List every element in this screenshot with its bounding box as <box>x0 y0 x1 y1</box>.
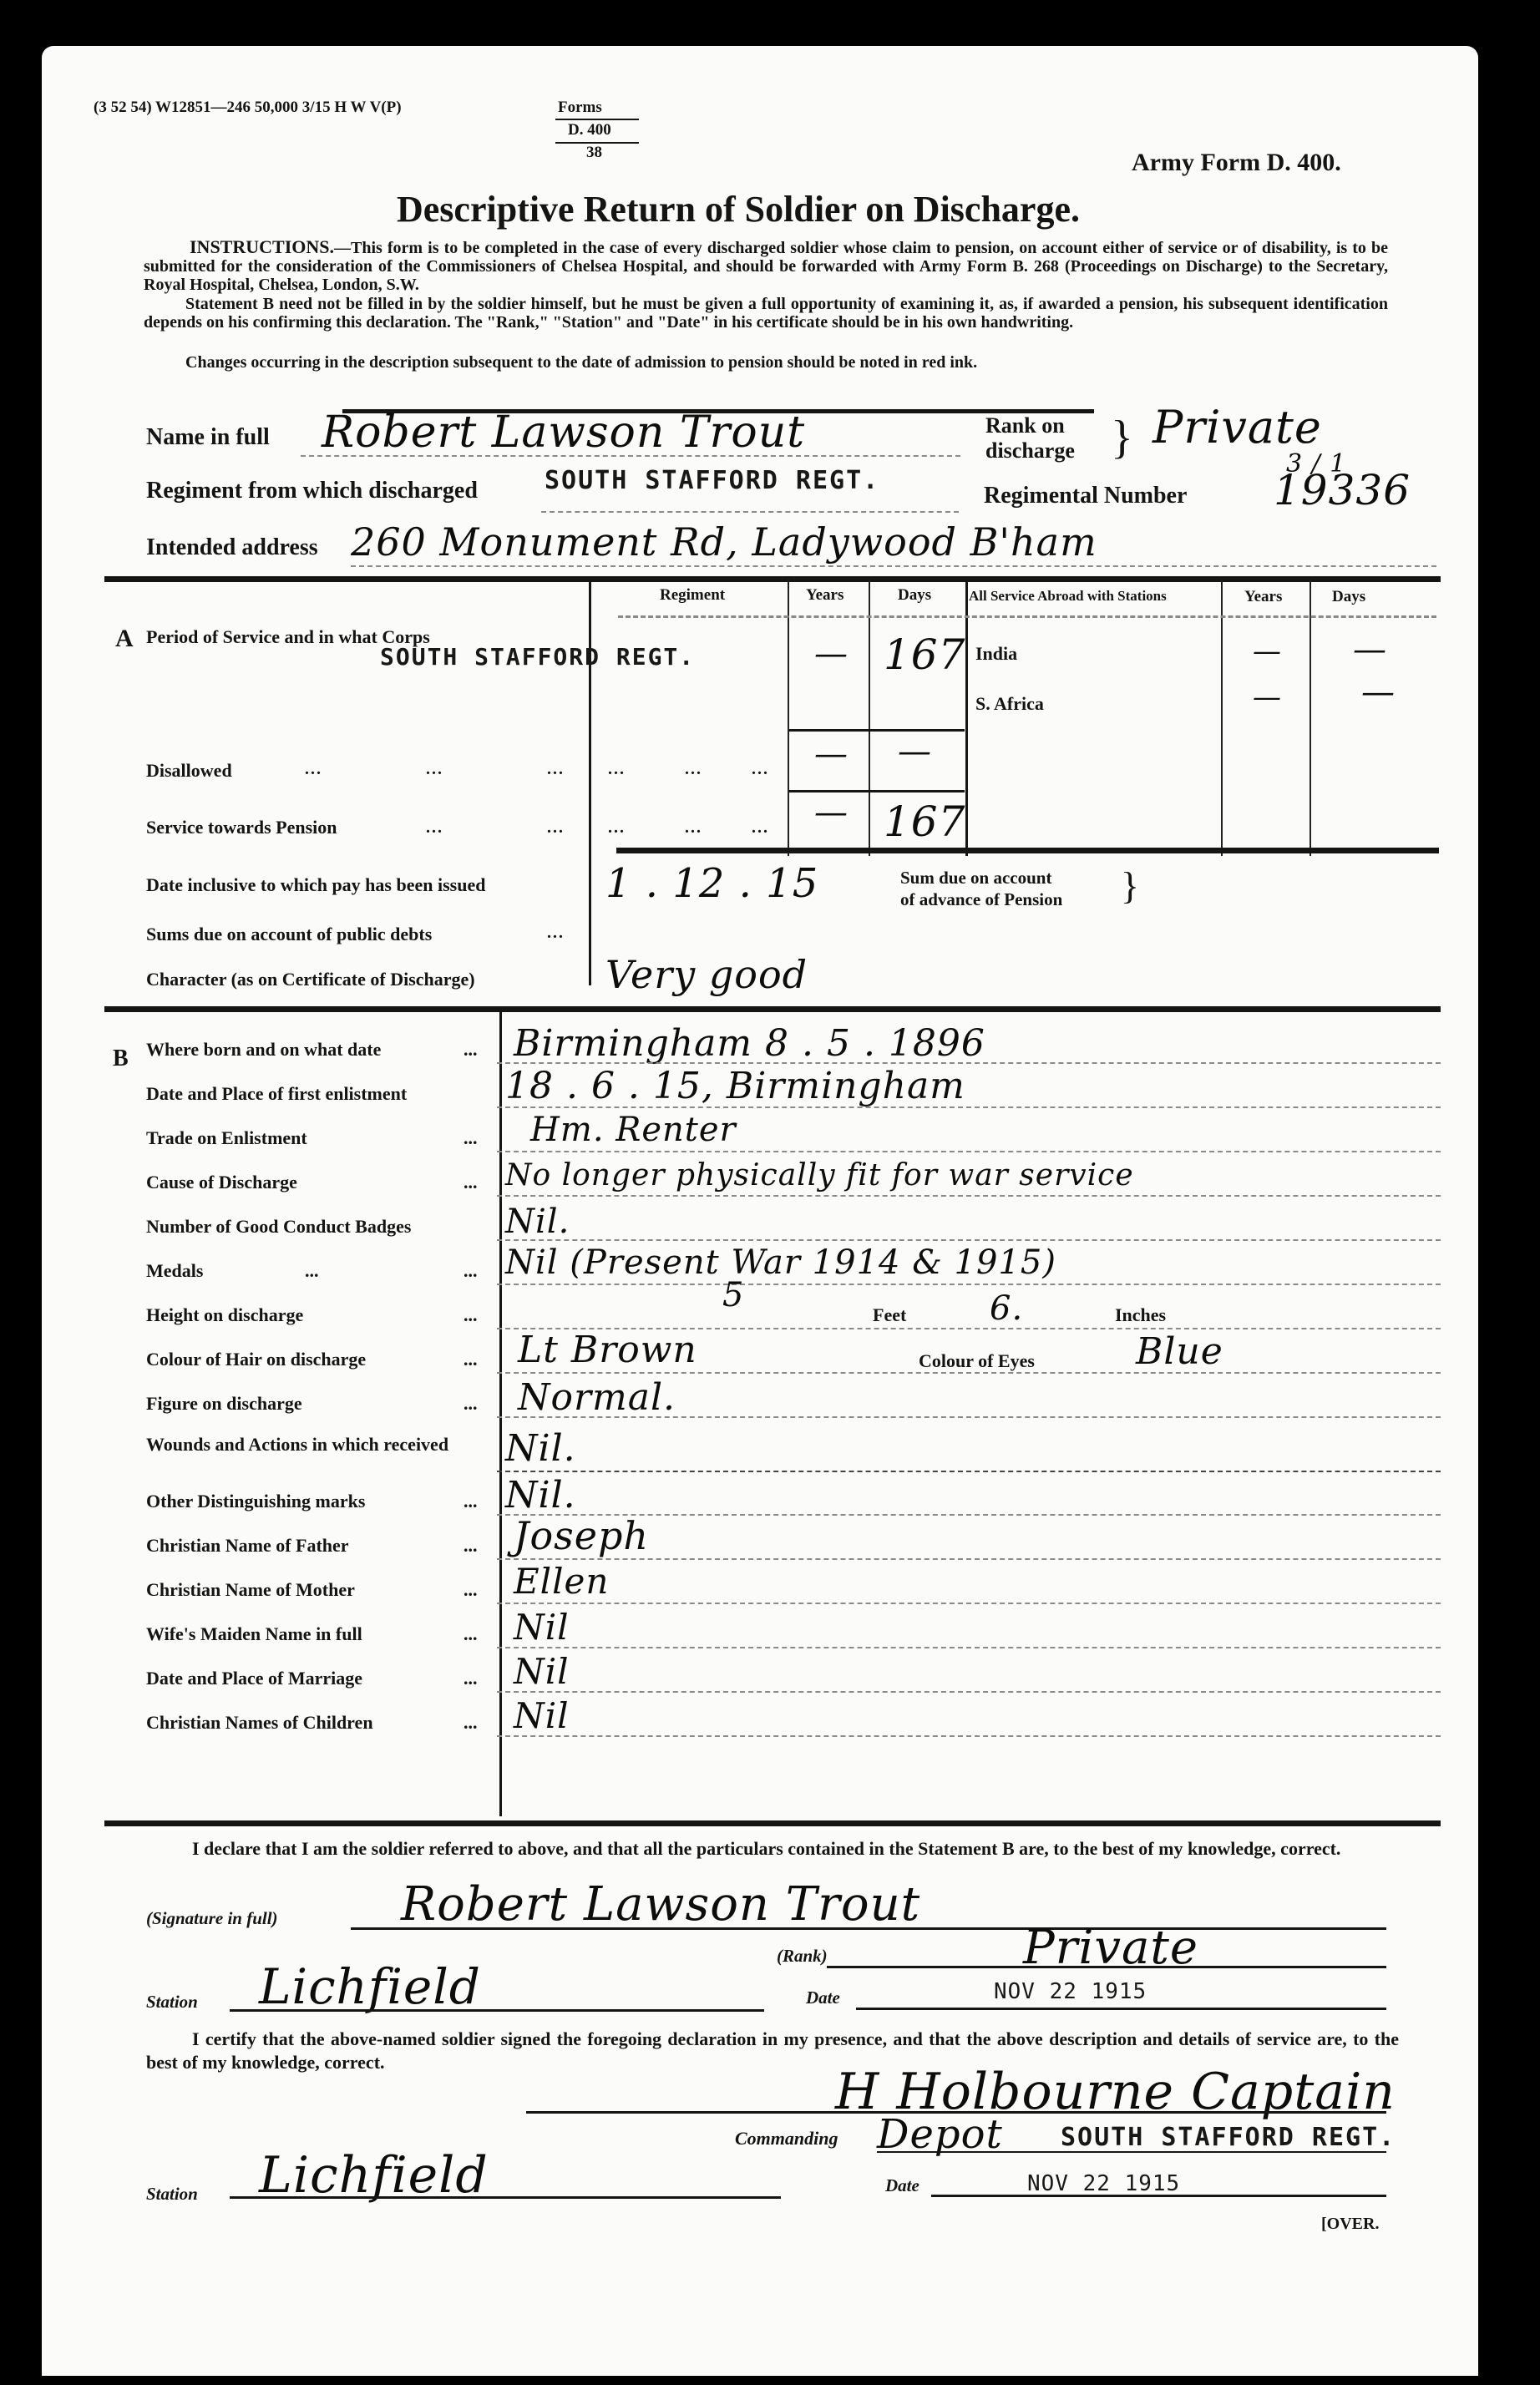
abroad-years-2: — <box>1253 681 1282 714</box>
period-years: — <box>814 635 849 673</box>
eyes-label: Colour of Eyes <box>919 1350 1035 1372</box>
regimental-number-label: Regimental Number <box>984 483 1187 509</box>
column-divider <box>1310 580 1311 856</box>
rank-line <box>827 1966 1386 1968</box>
divider <box>789 790 965 792</box>
period-days: 167 <box>884 630 965 679</box>
brace: } <box>1111 411 1133 464</box>
list-item: Figure on discharge ... Normal. <box>146 1388 1441 1432</box>
certificate-date-stamp: NOV 22 1915 <box>1027 2171 1180 2196</box>
col-header-years: Years <box>806 586 843 605</box>
instructions-paragraph: INSTRUCTIONS.—This form is to be complet… <box>144 238 1388 294</box>
page-title: Descriptive Return of Soldier on Dischar… <box>397 188 1080 230</box>
rank-label: (Rank) <box>777 1946 828 1967</box>
certificate-date-label: Date <box>885 2175 919 2196</box>
leader-dots: ... <box>426 760 443 779</box>
signature-line <box>351 1927 1386 1930</box>
advance-pension-label: Sum due on account of advance of Pension <box>900 867 1062 910</box>
date-stamp: NOV 22 1915 <box>994 1979 1147 2004</box>
list-item: Medals ... ... Nil (Present War 1914 & 1… <box>146 1255 1441 1299</box>
abroad-station-2: S. Africa <box>975 693 1044 715</box>
abroad-years-1: — <box>1253 635 1282 668</box>
station-value: Lichfield <box>259 1958 481 2015</box>
rank-label: Rank on discharge <box>985 413 1075 463</box>
declaration-text: I declare that I am the soldier referred… <box>146 1837 1399 1861</box>
forms-count: 38 <box>586 144 602 162</box>
feet-label: Feet <box>873 1304 906 1326</box>
period-regiment-stamp: SOUTH STAFFORD REGT. <box>380 643 695 671</box>
disallowed-years: — <box>814 735 849 773</box>
instructions-red-ink: Changes occurring in the description sub… <box>185 353 977 372</box>
commanding-line <box>877 2151 1386 2153</box>
regiment-label: Regiment from which discharged <box>146 478 478 504</box>
leader-dots: ... <box>547 818 565 838</box>
leader-dots: ... <box>752 760 769 779</box>
print-code: (3 52 54) W12851—246 50,000 3/15 H W V(P… <box>94 99 402 117</box>
signature-label: (Signature in full) <box>146 1908 278 1929</box>
certificate-station-line <box>230 2196 781 2199</box>
regiment-stamp: SOUTH STAFFORD REGT. <box>545 466 879 495</box>
address-label: Intended address <box>146 534 318 561</box>
eyes-value: Blue <box>1136 1330 1223 1373</box>
list-item: Date and Place of Marriage ... Nil <box>146 1663 1441 1707</box>
pension-label: Service towards Pension <box>146 817 337 838</box>
inches-label: Inches <box>1115 1304 1166 1326</box>
divider <box>616 848 1439 853</box>
leader-dots: ... <box>305 760 322 779</box>
col-header-regiment: Regiment <box>660 586 725 605</box>
date-line <box>856 2008 1386 2010</box>
pension-days: 167 <box>884 798 965 846</box>
section-b-top-rule <box>104 1006 1441 1012</box>
column-divider <box>589 580 591 985</box>
rank-value: Private <box>1152 401 1322 453</box>
list-item: Wife's Maiden Name in full ... Nil <box>146 1618 1441 1663</box>
abroad-station-1: India <box>975 643 1017 665</box>
regiment-underline <box>541 511 959 513</box>
leader-dots: ... <box>685 818 702 838</box>
form-id: Army Form D. 400. <box>1132 149 1341 177</box>
pay-issued-label: Date inclusive to which pay has been iss… <box>146 874 485 896</box>
list-item: Other Distinguishing marks ... Nil. <box>146 1486 1441 1530</box>
soldier-signature: Robert Lawson Trout <box>401 1877 920 1932</box>
pay-issued-value: 1 . 12 . 15 <box>605 860 818 907</box>
col-header-abroad-days: Days <box>1332 588 1365 606</box>
height-inches-value: 6. <box>990 1289 1023 1328</box>
leader-dots: ... <box>608 818 626 838</box>
list-item: Christian Name of Mother ... Ellen <box>146 1574 1441 1618</box>
height-feet-value: 5 <box>722 1276 744 1314</box>
address-value: 260 Monument Rd, Ladywood B'ham <box>351 519 1097 565</box>
abroad-days-2: — <box>1361 673 1396 711</box>
date-label: Date <box>806 1987 840 2008</box>
leader-dots: ... <box>547 760 565 779</box>
commanding-stamp: SOUTH STAFFORD REGT. <box>1061 2123 1396 2152</box>
abroad-days-1: — <box>1353 630 1387 669</box>
public-debts-label: Sums due on account of public debts <box>146 924 432 945</box>
section-a-top-rule <box>104 576 1441 582</box>
divider <box>555 119 639 120</box>
divider <box>789 729 965 732</box>
character-label: Character (as on Certificate of Discharg… <box>146 969 475 990</box>
list-item: Cause of Discharge ... No longer physica… <box>146 1167 1441 1211</box>
leader-dots: ... <box>547 924 565 943</box>
col-header-days: Days <box>898 586 931 605</box>
col-header-abroad: All Service Abroad with Stations <box>969 588 1167 605</box>
forms-number: D. 400 <box>568 121 611 139</box>
address-underline <box>351 565 1436 567</box>
certificate-station-label: Station <box>146 2184 198 2205</box>
section-b-rows: Where born and on what date ... Birmingh… <box>146 1034 1441 1751</box>
forms-label: Forms <box>558 99 602 117</box>
instructions-statement-b: Statement B need not be filled in by the… <box>144 295 1388 332</box>
section-declaration-rule <box>104 1820 1441 1826</box>
name-label: Name in full <box>146 424 270 451</box>
instructions-heading: INSTRUCTIONS. <box>190 236 334 257</box>
regimental-number-value: 19336 <box>1274 466 1411 514</box>
station-label: Station <box>146 1992 198 2013</box>
list-item: Christian Names of Children ... Nil <box>146 1707 1441 1751</box>
over-note: [OVER. <box>1321 2215 1379 2234</box>
column-divider <box>788 580 789 856</box>
section-a-letter: A <box>115 625 134 653</box>
column-divider <box>965 580 968 856</box>
list-item-hair-eyes: Colour of Hair on discharge ... Lt Brown… <box>146 1344 1441 1388</box>
column-divider <box>1221 580 1223 856</box>
disallowed-days: — <box>898 732 932 771</box>
name-underline <box>301 455 960 457</box>
column-divider <box>869 580 870 856</box>
col-header-abroad-years: Years <box>1244 588 1282 606</box>
header-underline <box>618 615 1436 618</box>
character-value: Very good <box>605 952 808 997</box>
station-line <box>230 2009 764 2012</box>
name-value: Robert Lawson Trout <box>322 408 805 458</box>
list-item: Christian Name of Father ... Joseph <box>146 1530 1441 1574</box>
leader-dots: ... <box>752 818 769 838</box>
brace: } <box>1121 863 1139 908</box>
pension-years: — <box>814 793 849 832</box>
leader-dots: ... <box>685 760 702 779</box>
list-item: Date and Place of first enlistment 18 . … <box>146 1078 1441 1122</box>
list-item-height: Height on discharge ... 5 Feet 6. Inches <box>146 1299 1441 1344</box>
certificate-date-line <box>931 2195 1386 2197</box>
list-item: Wounds and Actions in which received Nil… <box>146 1432 1441 1486</box>
commanding-label: Commanding <box>735 2128 838 2150</box>
leader-dots: ... <box>426 818 443 838</box>
disallowed-label: Disallowed <box>146 760 232 782</box>
section-b-letter: B <box>113 1046 129 1072</box>
leader-dots: ... <box>608 760 626 779</box>
